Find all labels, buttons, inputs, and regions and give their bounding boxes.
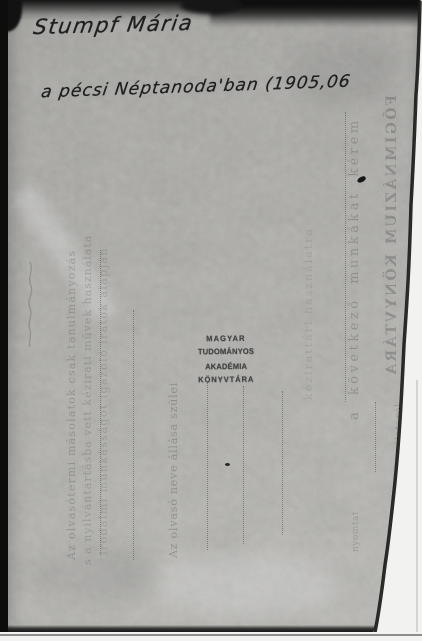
bottom-scan-strip bbox=[0, 632, 422, 641]
scan-baseline-rule bbox=[0, 634, 422, 636]
paper-right-edge bbox=[0, 0, 422, 641]
document-scan: FŐGIMNÁZIUM KÖNYVTÁRA a következő munkák… bbox=[0, 0, 422, 641]
left-black-border bbox=[0, 0, 8, 632]
